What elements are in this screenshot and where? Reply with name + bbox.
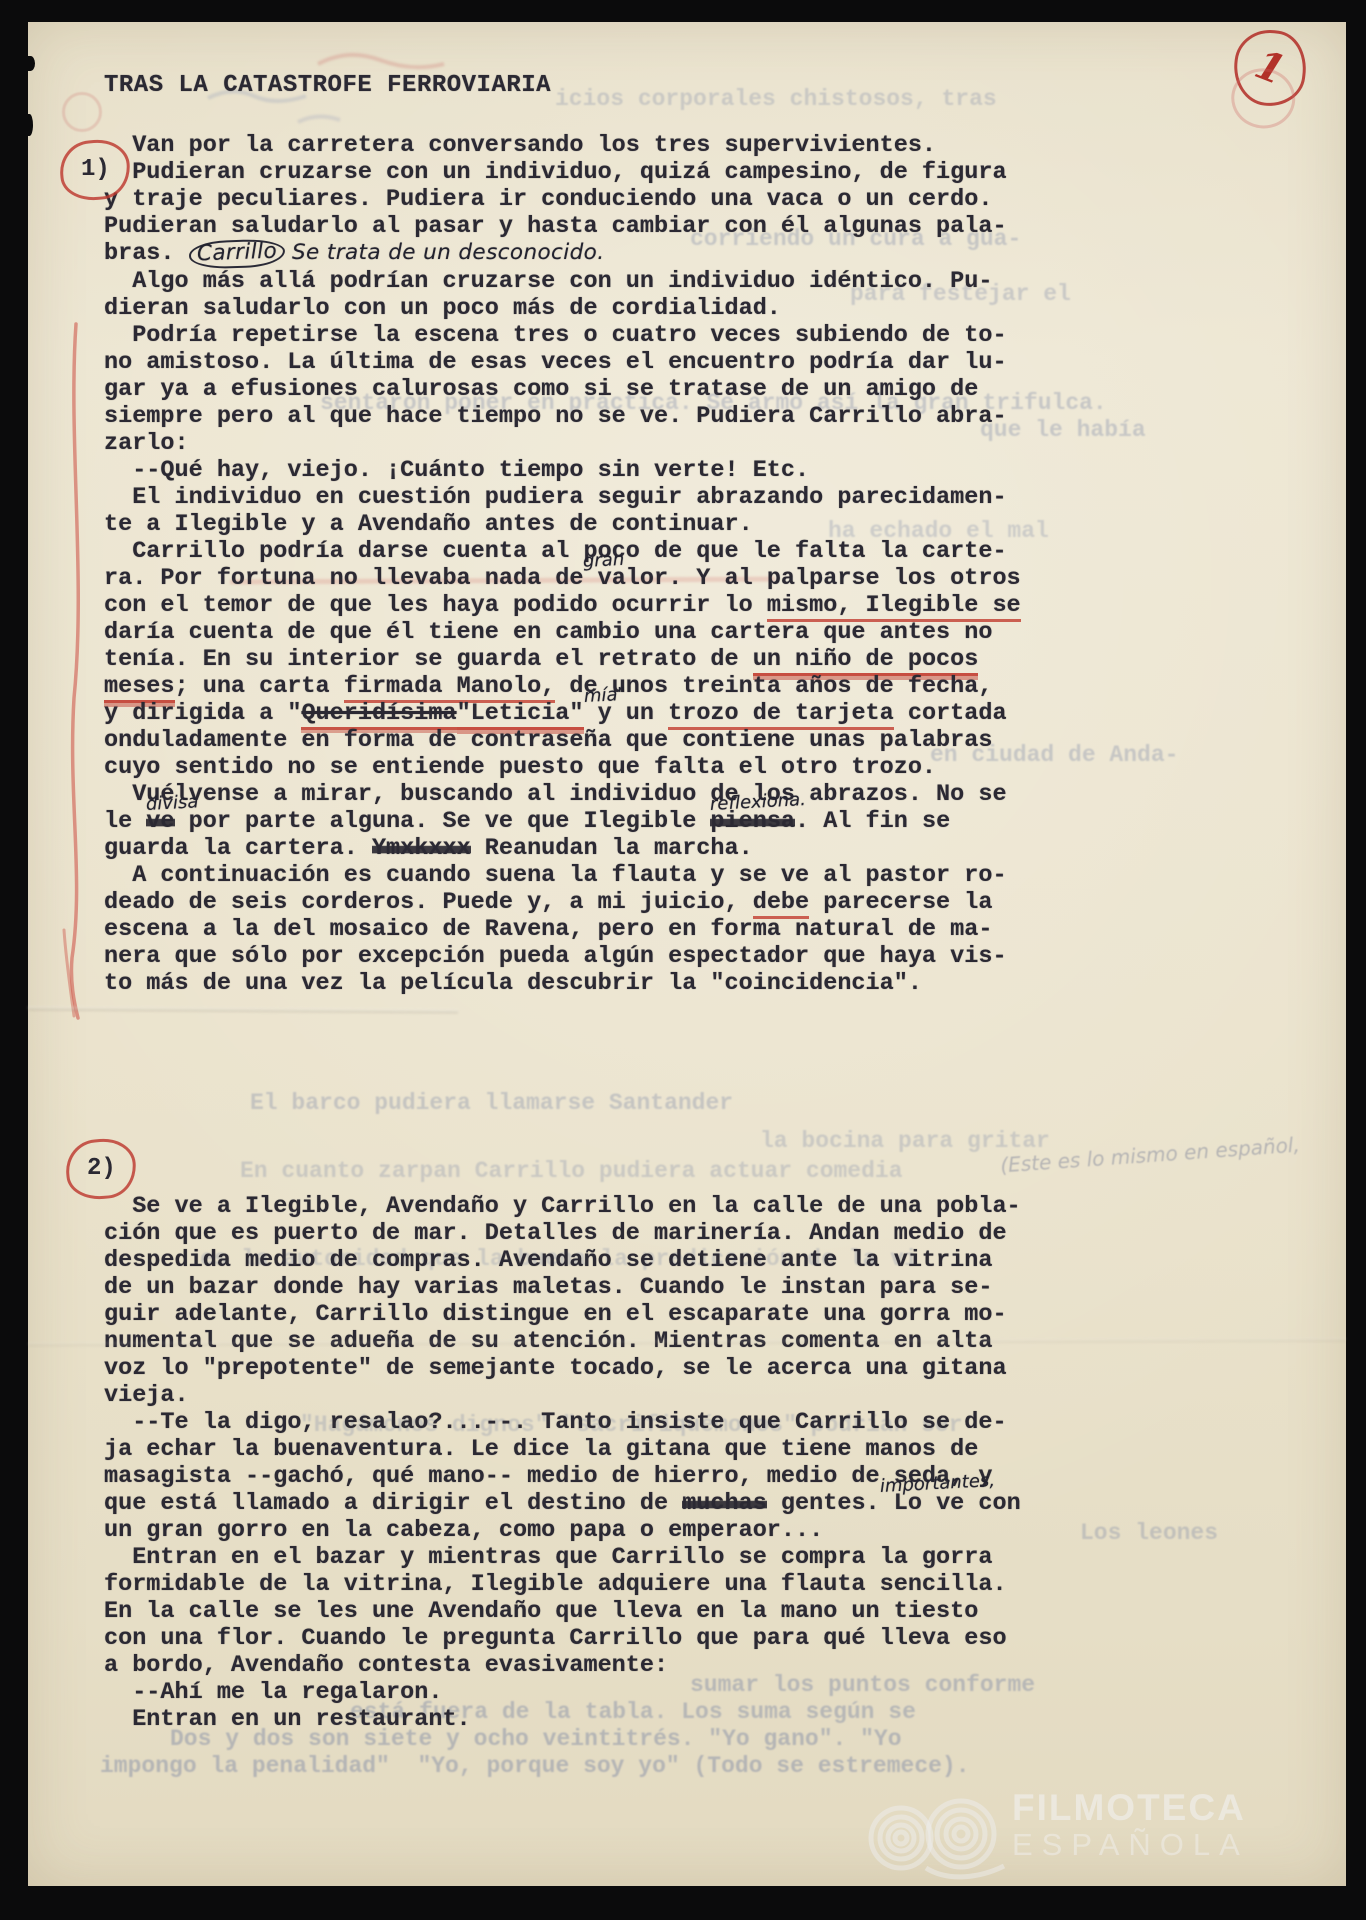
typed-text: formidable de la vitrina, Ilegible adqui… bbox=[104, 1571, 1007, 1598]
typed-text: con una flor. Cuando le pregunta Carrill… bbox=[104, 1625, 1007, 1652]
typed-text: vieja. bbox=[104, 1382, 189, 1409]
typed-text: Pudieran saludarlo al pasar y hasta camb… bbox=[104, 213, 1007, 240]
marked-text: un niño de pocos bbox=[753, 646, 979, 673]
marked-text: Ymxkxxx bbox=[372, 835, 471, 862]
typed-text: le bbox=[104, 808, 146, 835]
typed-line: te a Ilegible y a Avendaño antes de cont… bbox=[104, 511, 1109, 538]
typed-text: no amistoso. La última de esas veces el … bbox=[104, 349, 1007, 376]
typed-line: --Te la digo, resalao?...--. Tanto insis… bbox=[104, 1409, 1109, 1436]
marked-text: firmada Manolo, bbox=[344, 673, 556, 700]
section: 2) Se ve a Ilegible, Avendaño y Carrillo… bbox=[104, 1193, 1109, 1733]
typed-text: que está llamado a dirigir el destino de bbox=[104, 1490, 682, 1517]
typed-text: Entran en un restaurant. bbox=[104, 1706, 471, 1733]
typed-text: masagista --gachó, qué mano-- medio de h… bbox=[104, 1463, 992, 1490]
typed-text: onduladamente en forma de contraseña que… bbox=[104, 727, 992, 754]
typed-line: formidable de la vitrina, Ilegible adqui… bbox=[104, 1571, 1109, 1598]
typed-text: Van por la carretera conversando los tre… bbox=[104, 132, 936, 159]
typed-line: gar ya a efusiones calurosas como si se … bbox=[104, 376, 1109, 403]
typed-text: con el temor de que les haya podido ocur… bbox=[104, 592, 767, 619]
typed-text: cuyo sentido no se entiende puesto que f… bbox=[104, 754, 936, 781]
typed-line: deado de seis corderos. Puede y, a mi ju… bbox=[104, 889, 1109, 916]
typed-line: ja echar la buenaventura. Le dice la git… bbox=[104, 1436, 1109, 1463]
filmoteca-watermark: FILMOTECA ESPAÑOLA bbox=[856, 1788, 1249, 1883]
typed-line: y dirigida a "Queridísima"Leticia"mía" y… bbox=[104, 700, 1109, 727]
typed-line: onduladamente en forma de contraseña que… bbox=[104, 727, 1109, 754]
typed-text: un gran gorro en la cabeza, como papa o … bbox=[104, 1517, 823, 1544]
typed-line: bras. Carrillo Se trata de un desconocid… bbox=[104, 240, 1109, 268]
page-title: TRAS LA CATASTROFE FERROVIARIA bbox=[104, 72, 551, 99]
handwritten-annotation: divisa bbox=[146, 796, 147, 814]
typed-text: --Ahí me la regalaron. bbox=[104, 1679, 442, 1706]
typed-text: --Qué hay, viejo. ¡Cuánto tiempo sin ver… bbox=[104, 457, 809, 484]
document-body: 1) Van por la carretera conversando los … bbox=[104, 132, 1109, 1733]
typed-line: tenía. En su interior se guarda el retra… bbox=[104, 646, 1109, 673]
section-marker-label: 1) bbox=[81, 158, 110, 182]
typed-text: te a Ilegible y a Avendaño antes de cont… bbox=[104, 511, 753, 538]
red-margin-line bbox=[58, 318, 102, 1022]
typed-text: Algo más allá podrían cruzarse con un in… bbox=[104, 268, 992, 295]
typed-text: ; una carta bbox=[175, 673, 344, 700]
typed-text: Se ve a Ilegible, Avendaño y Carrillo en… bbox=[104, 1193, 1021, 1220]
typed-line: dieran saludarlo con un poco más de cord… bbox=[104, 295, 1109, 322]
photo-background: icios corporales chistosos, trascorriend… bbox=[0, 0, 1366, 1920]
typed-line: a bordo, Avendaño contesta evasivamente: bbox=[104, 1652, 1109, 1679]
paper-edge-tear bbox=[26, 114, 33, 136]
typed-text: cortada bbox=[894, 700, 1007, 727]
typed-text: Carrillo podría darse cuenta al poco de … bbox=[104, 538, 1007, 565]
typed-line: ción que es puerto de mar. Detalles de m… bbox=[104, 1220, 1109, 1247]
typed-text: tenía. En su interior se guarda el retra… bbox=[104, 646, 753, 673]
marked-text: Queridísima bbox=[301, 700, 456, 727]
typed-line: un gran gorro en la cabeza, como papa o … bbox=[104, 1517, 1109, 1544]
handwritten-annotation: importantes, bbox=[879, 1478, 880, 1496]
typed-line: En la calle se les une Avendaño que llev… bbox=[104, 1598, 1109, 1625]
typed-text: a bordo, Avendaño contesta evasivamente: bbox=[104, 1652, 668, 1679]
typed-text: parecerse la bbox=[809, 889, 992, 916]
typed-text: El individuo en cuestión pudiera seguir … bbox=[104, 484, 1007, 511]
typed-text: de un bazar donde hay varias maletas. Cu… bbox=[104, 1274, 992, 1301]
typed-text: gar ya a efusiones calurosas como si se … bbox=[104, 376, 978, 403]
typed-text: Vuélvense a mirar, buscando al individuo… bbox=[104, 781, 1007, 808]
filmoteca-logo-icon bbox=[856, 1788, 1006, 1883]
typed-line: --Ahí me la regalaron. bbox=[104, 1679, 1109, 1706]
marked-text: mismo, Ilegible se bbox=[767, 592, 1021, 619]
typed-line: con el temor de que les haya podido ocur… bbox=[104, 592, 1109, 619]
section: 1) Van por la carretera conversando los … bbox=[104, 132, 1109, 997]
typed-line: Algo más allá podrían cruzarse con un in… bbox=[104, 268, 1109, 295]
typed-line: despedida medio de compras. Avendaño se … bbox=[104, 1247, 1109, 1274]
marked-text: meses bbox=[104, 673, 175, 700]
typed-line: --Qué hay, viejo. ¡Cuánto tiempo sin ver… bbox=[104, 457, 1109, 484]
marked-text: "Leticia" bbox=[457, 700, 584, 727]
typed-line: no amistoso. La última de esas veces el … bbox=[104, 349, 1109, 376]
typed-line: cuyo sentido no se entiende puesto que f… bbox=[104, 754, 1109, 781]
typed-text: y traje peculiares. Pudiera ir conducien… bbox=[104, 186, 992, 213]
typed-line: Entran en el bazar y mientras que Carril… bbox=[104, 1544, 1109, 1571]
handwritten-annotation: Carrillo bbox=[188, 238, 285, 269]
document-page: icios corporales chistosos, trascorriend… bbox=[28, 22, 1346, 1886]
typed-text: Entran en el bazar y mientras que Carril… bbox=[104, 1544, 992, 1571]
typed-text: Podría repetirse la escena tres o cuatro… bbox=[104, 322, 1007, 349]
typed-text: guarda la cartera. bbox=[104, 835, 372, 862]
typed-text: Reanudan la marcha. bbox=[471, 835, 753, 862]
page-number: 1 bbox=[1250, 44, 1290, 91]
typed-text: ción que es puerto de mar. Detalles de m… bbox=[104, 1220, 1007, 1247]
filmoteca-watermark-text: FILMOTECA ESPAÑOLA bbox=[1012, 1788, 1249, 1862]
typed-text: ra. Por fortuna no llevaba nada de bbox=[104, 565, 583, 592]
typed-line: le divisave por parte alguna. Se ve que … bbox=[104, 808, 1109, 835]
bleedthrough-line: icios corporales chistosos, tras bbox=[555, 86, 997, 113]
typed-text: despedida medio de compras. Avendaño se … bbox=[104, 1247, 992, 1274]
typed-text: voz lo "prepotente" de semejante tocado,… bbox=[104, 1355, 1007, 1382]
typed-line: El individuo en cuestión pudiera seguir … bbox=[104, 484, 1109, 511]
typed-line: Entran en un restaurant. bbox=[104, 1706, 1109, 1733]
typed-text: daría cuenta de que él tiene en cambio u… bbox=[104, 619, 992, 646]
typed-text: zarlo: bbox=[104, 430, 189, 457]
typed-line: Pudieran cruzarse con un individuo, quiz… bbox=[104, 159, 1109, 186]
typed-line: vieja. bbox=[104, 1382, 1109, 1409]
typed-line: nera que sólo por excepción pueda algún … bbox=[104, 943, 1109, 970]
typed-text: nera que sólo por excepción pueda algún … bbox=[104, 943, 1007, 970]
page-number-annotation: 1 bbox=[1230, 26, 1311, 110]
typed-text: y dirigida a " bbox=[104, 700, 301, 727]
typed-line: Pudieran saludarlo al pasar y hasta camb… bbox=[104, 213, 1109, 240]
marked-text: debe bbox=[753, 889, 809, 916]
typed-line: Vuélvense a mirar, buscando al individuo… bbox=[104, 781, 1109, 808]
typed-text: siempre pero al que hace tiempo no se ve… bbox=[104, 403, 1007, 430]
watermark-line1: FILMOTECA bbox=[1012, 1788, 1249, 1828]
typed-line: guir adelante, Carrillo distingue en el … bbox=[104, 1301, 1109, 1328]
typed-line: daría cuenta de que él tiene en cambio u… bbox=[104, 619, 1109, 646]
typed-text: valor. Y al palparse los otros bbox=[583, 565, 1020, 592]
typed-text: dieran saludarlo con un poco más de cord… bbox=[104, 295, 781, 322]
typed-line: siempre pero al que hace tiempo no se ve… bbox=[104, 403, 1109, 430]
typed-text: ja echar la buenaventura. Le dice la git… bbox=[104, 1436, 978, 1463]
typed-line: Van por la carretera conversando los tre… bbox=[104, 132, 1109, 159]
typed-text: --Te la digo, resalao?...--. Tanto insis… bbox=[104, 1409, 1007, 1436]
typed-text: bras. bbox=[104, 240, 189, 267]
typed-line: y traje peculiares. Pudiera ir conducien… bbox=[104, 186, 1109, 213]
typed-text: Pudieran cruzarse con un individuo, quiz… bbox=[104, 159, 1007, 186]
marked-text: trozo de tarjeta bbox=[668, 700, 894, 727]
typed-line: Se ve a Ilegible, Avendaño y Carrillo en… bbox=[104, 1193, 1109, 1220]
handwritten-annotation: reflexiona. bbox=[710, 796, 711, 814]
bleedthrough-line: impongo la penalidad" "Yo, porque soy yo… bbox=[100, 1753, 970, 1780]
typed-line: Podría repetirse la escena tres o cuatro… bbox=[104, 322, 1109, 349]
typed-line: de un bazar donde hay varias maletas. Cu… bbox=[104, 1274, 1109, 1301]
typed-line: zarlo: bbox=[104, 430, 1109, 457]
handwritten-annotation: Se trata de un desconocido. bbox=[285, 240, 605, 265]
typed-line: to más de una vez la película descubrir … bbox=[104, 970, 1109, 997]
typed-line: ra. Por fortuna no llevaba nada degran v… bbox=[104, 565, 1109, 592]
typed-text: gentes. bbox=[767, 1490, 880, 1517]
typed-line: voz lo "prepotente" de semejante tocado,… bbox=[104, 1355, 1109, 1382]
typed-text: escena a la del mosaico de Ravena, pero … bbox=[104, 916, 992, 943]
typed-text: A continuación es cuando suena la flauta… bbox=[104, 862, 1007, 889]
marked-text: muchas bbox=[682, 1490, 767, 1517]
typed-line: que está llamado a dirigir el destino de… bbox=[104, 1490, 1109, 1517]
handwritten-annotation: gran bbox=[583, 553, 584, 571]
bleedthrough-circle-mark bbox=[62, 92, 102, 132]
paper-edge-tear bbox=[26, 56, 35, 71]
typed-text: En la calle se les une Avendaño que llev… bbox=[104, 1598, 978, 1625]
section-marker-label: 2) bbox=[87, 1157, 116, 1181]
typed-line: guarda la cartera. Ymxkxxx Reanudan la m… bbox=[104, 835, 1109, 862]
typed-line: A continuación es cuando suena la flauta… bbox=[104, 862, 1109, 889]
typed-text: . Al fin se bbox=[795, 808, 950, 835]
watermark-line2: ESPAÑOLA bbox=[1012, 1828, 1249, 1862]
typed-line: con una flor. Cuando le pregunta Carrill… bbox=[104, 1625, 1109, 1652]
typed-line: escena a la del mosaico de Ravena, pero … bbox=[104, 916, 1109, 943]
typed-text: to más de una vez la película descubrir … bbox=[104, 970, 922, 997]
typed-text: guir adelante, Carrillo distingue en el … bbox=[104, 1301, 1007, 1328]
typed-text: por parte alguna. Se ve que Ilegible bbox=[175, 808, 711, 835]
typed-text: deado de seis corderos. Puede y, a mi ju… bbox=[104, 889, 753, 916]
